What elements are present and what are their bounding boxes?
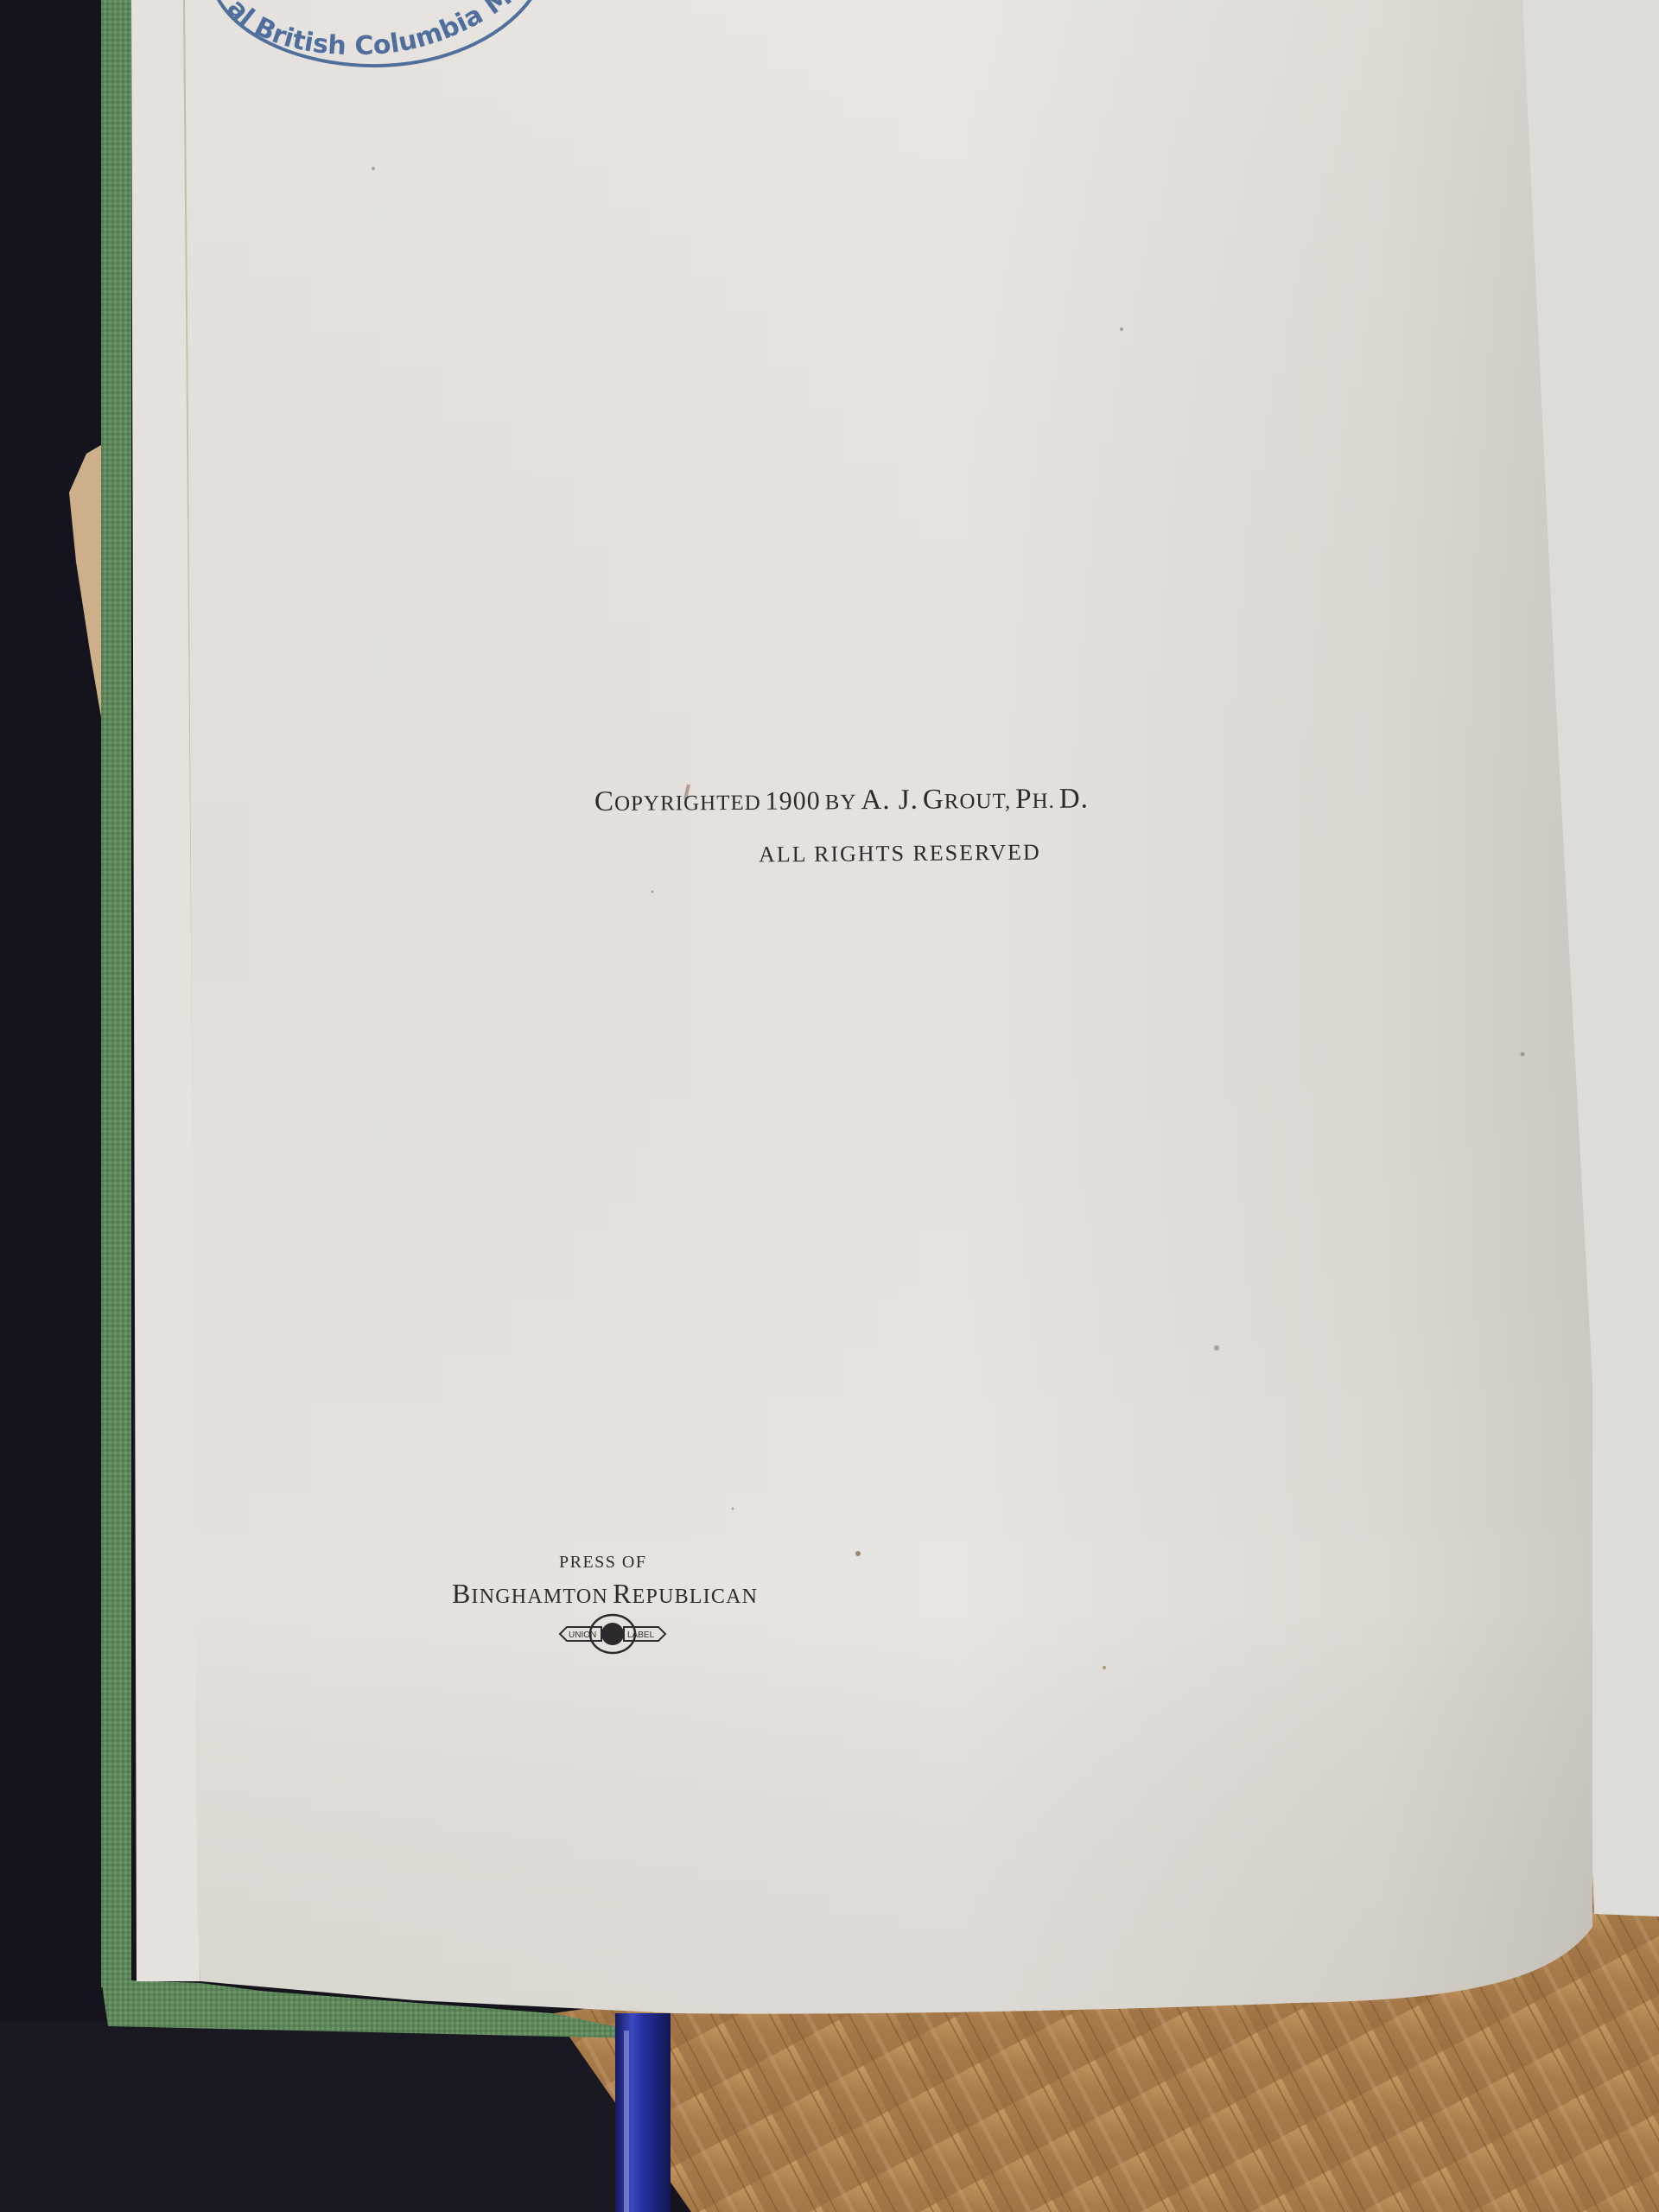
dark-cloth-texture — [0, 2022, 657, 2212]
copyright-word-rest: OPYRIGHTED — [614, 791, 761, 816]
degree-d: D. — [1059, 784, 1089, 815]
copyright-word-initial: C — [594, 786, 614, 817]
author-surname-initial: G — [923, 785, 944, 816]
press-of-label: PRESS OF — [559, 1553, 647, 1573]
ribbon-highlight — [624, 2031, 629, 2212]
union-label-right-text: LABEL — [627, 1630, 655, 1640]
copyright-line: COPYRIGHTED 1900 BY A. J. GROUT, PH. D. — [594, 784, 1089, 818]
book-spine-edge — [101, 0, 131, 1987]
printer-name: BINGHAMTON REPUBLICAN — [452, 1578, 758, 1610]
all-rights-reserved: ALL RIGHTS RESERVED — [759, 840, 1041, 868]
union-label-icon: UNION LABEL — [550, 1612, 676, 1656]
copyright-year: 1900 — [766, 786, 821, 815]
photo-scene: al British Columbia M — [0, 0, 1659, 2212]
copyright-by: BY — [825, 791, 857, 814]
union-label-emblem-center — [601, 1623, 624, 1645]
ribbon-bookmark — [615, 2013, 671, 2212]
printer-word1-rest: INGHAMTON — [472, 1586, 608, 1608]
author-initials: A. J. — [861, 785, 918, 816]
degree-rest: H. — [1032, 790, 1054, 813]
printer-word2-rest: EPUBLICAN — [632, 1586, 758, 1608]
printer-word1-initial: B — [452, 1578, 472, 1609]
union-label-left-text: UNION — [569, 1630, 596, 1640]
main-page-shade — [186, 0, 1592, 2014]
printer-word2-initial: R — [613, 1578, 632, 1609]
degree-initial: P — [1015, 784, 1033, 815]
author-surname-rest: ROUT, — [944, 790, 1012, 813]
